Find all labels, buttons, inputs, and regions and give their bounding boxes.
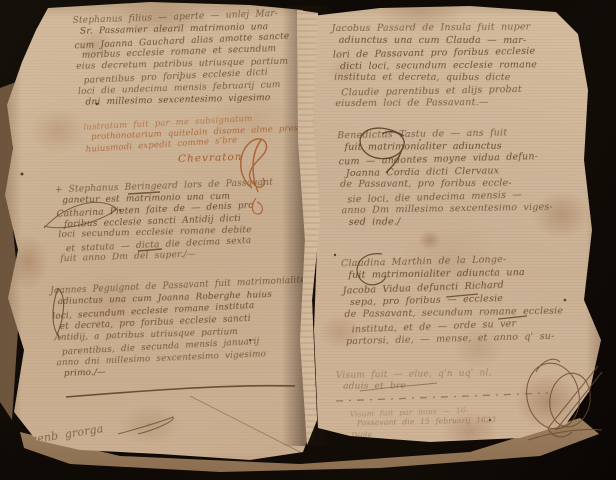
manuscript-paragraph-left-1: Stephanus filius — aperte — unlej Mar-Sr… [72, 8, 311, 111]
manuscript-photo: Stephanus filius — aperte — unlej Mar-Sr… [0, 0, 616, 480]
manuscript-paragraph-right-3: Claudina Marthin de la Longe-fuit matrim… [341, 251, 595, 349]
signature-chevraton: Chevraton [178, 151, 243, 165]
visa-note: Visum fuit — elue, q'n uq' nl.aduis et b… [336, 366, 566, 394]
manuscript-paragraph-right-1: Jacobus Passard de Insula fuit nuperadiu… [332, 21, 601, 111]
manuscript-paragraph-right-2: Benedictus Tastu de — ans fuitfuit matri… [337, 126, 595, 230]
manuscript-notation-red: lustratum fuit par me subsignatumprothon… [83, 111, 304, 154]
manuscript-paragraph-left-3: Joannes Peguignot de Passavant fuit matr… [50, 275, 306, 382]
manuscript-paragraph-left-2: + Stephanus Beringeard lors de Passavant… [55, 177, 306, 266]
